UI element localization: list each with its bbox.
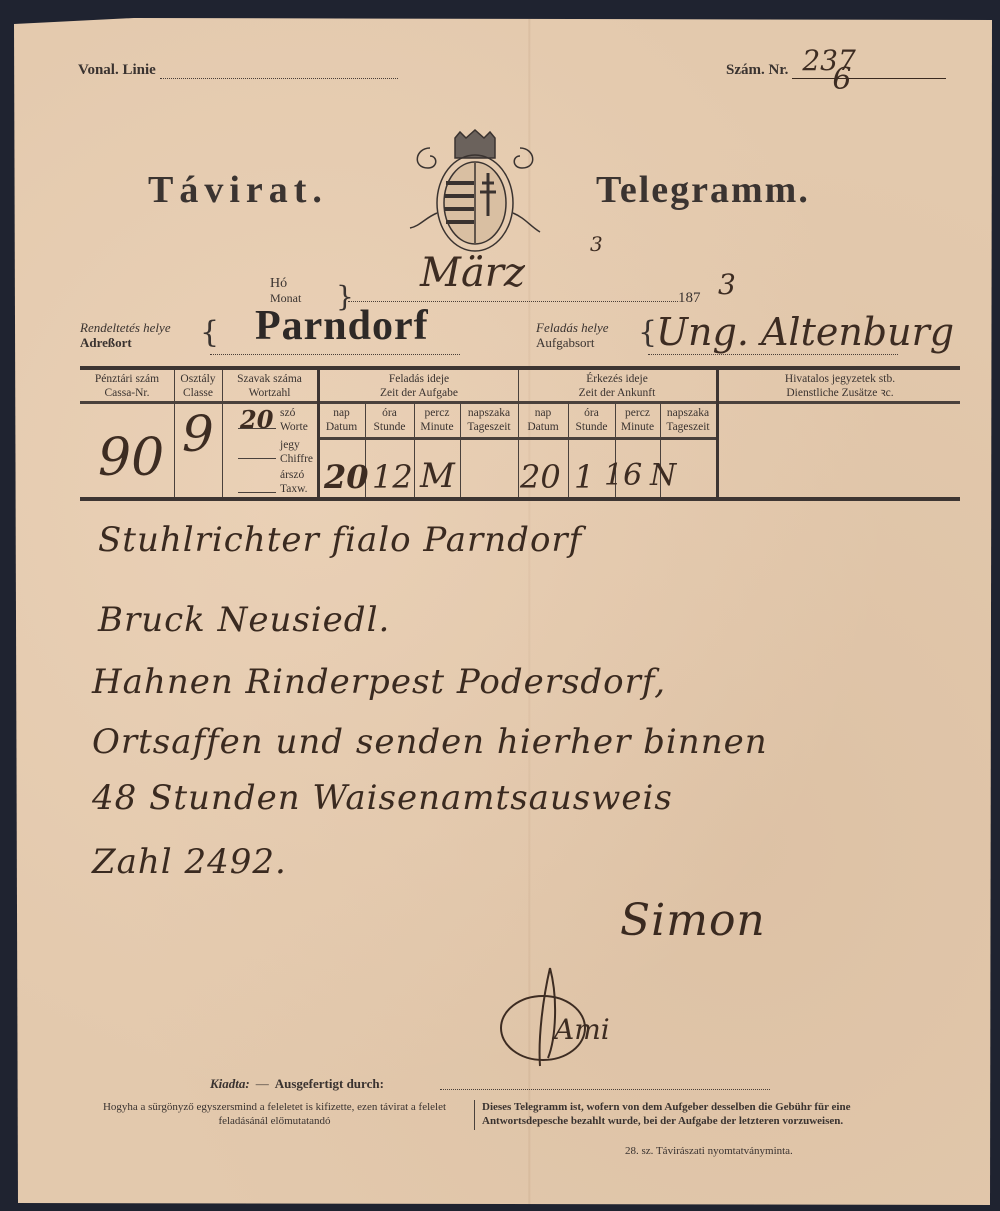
subheader-sent-hour: óraStunde (365, 406, 414, 434)
arrival-hour-value: 1 (574, 458, 594, 496)
word-row-cipher: jegyChiffre (280, 438, 316, 466)
header-sent-de: Zeit der Aufgabe (320, 386, 518, 400)
destination-label-hu: Rendeltetés helye (80, 320, 171, 335)
signature-simon: Simon (620, 895, 766, 946)
footer-note-de: Dieses Telegramm ist, wofern von dem Auf… (482, 1100, 902, 1128)
header-words-de: Wortzahl (222, 386, 317, 400)
line-label: Vonal. Linie (78, 62, 156, 79)
header-notes-hu: Hivatalos jegyzetek stb. (720, 372, 960, 386)
footer-note-hu: Hogyha a sürgönyző egyszersmind a felele… (82, 1100, 467, 1128)
form-number: 28. sz. Távirászati nyomtatványminta. (625, 1145, 793, 1157)
destination-brace: { (200, 315, 219, 350)
sent-daytime-value: M (420, 456, 455, 496)
subheader-de: Stunde (365, 420, 414, 434)
title-hungarian: Távirat. (148, 168, 328, 212)
header-cash: Pénztári szám Cassa-Nr. (80, 372, 174, 400)
header-class-hu: Osztály (174, 372, 222, 386)
month-value: März (420, 250, 525, 296)
subheader-de: Datum (318, 420, 365, 434)
hungarian-coat-of-arms-icon (400, 128, 550, 268)
second-signature: Ami (488, 958, 638, 1068)
word-row-de: Chiffre (280, 452, 316, 466)
line-field: Vonal. Linie (78, 62, 398, 79)
subheader-de: Stunde (568, 420, 615, 434)
word-row-de: Taxw. (280, 482, 316, 496)
message-line-2: Bruck Neusiedl. (98, 600, 390, 640)
subheader-sent-day: napDatum (318, 406, 365, 434)
origin-label-hu: Feladás helye (536, 320, 609, 335)
subheader-de: Minute (414, 420, 460, 434)
year-prefix: 187 (678, 290, 701, 307)
second-signature-text: Ami (554, 1013, 610, 1046)
sent-hour-value: 12 (372, 458, 413, 496)
subheader-sent-daytime: napszakaTageszeit (460, 406, 518, 434)
issued-label-de: Ausgefertigt durch: (275, 1076, 384, 1092)
message-line-5: 48 Stunden Waisenamtsausweis (92, 778, 673, 818)
header-words-hu: Szavak száma (222, 372, 317, 386)
origin-label-de: Aufgabsort (536, 335, 609, 350)
subheader-hu: napszaka (660, 406, 716, 420)
word-row-line (238, 492, 276, 493)
header-arrival-hu: Érkezés ideje (518, 372, 716, 386)
header-cash-hu: Pénztári szám (80, 372, 174, 386)
message-line-4: Ortsaffen und senden hierher binnen (92, 722, 768, 762)
word-row-words: szóWorte (280, 406, 316, 434)
issued-input[interactable] (440, 1088, 770, 1090)
subheader-sent-minute: perczMinute (414, 406, 460, 434)
message-line-1: Stuhlrichter fialo Parndorf (98, 520, 582, 560)
class-value: 9 (182, 405, 214, 463)
origin-brace: { (638, 315, 657, 350)
word-row-de: Worte (280, 420, 316, 434)
header-class: Osztály Classe (174, 372, 222, 400)
subheader-de: Datum (518, 420, 568, 434)
subheader-hu: nap (318, 406, 365, 420)
word-row-tax: árszóTaxw. (280, 468, 316, 496)
month-label-hu: Hó (270, 277, 301, 291)
month-labels: Hó Monat (270, 277, 301, 305)
header-sent-hu: Feladás ideje (320, 372, 518, 386)
word-count-value: 20 (240, 405, 273, 434)
subheader-hu: napszaka (460, 406, 518, 420)
issued-field: Kiadta: — Ausgefertigt durch: (210, 1076, 384, 1092)
header-arrival-de: Zeit der Ankunft (518, 386, 716, 400)
subheader-hu: óra (568, 406, 615, 420)
destination-value: Parndorf (255, 302, 429, 350)
header-class-de: Classe (174, 386, 222, 400)
title-german: Telegramm. (596, 168, 810, 212)
arrival-minute-value: 16 (604, 458, 642, 493)
table-header-rule (80, 401, 960, 404)
number-overwrite: 6 (832, 62, 851, 97)
word-row-hu: árszó (280, 468, 316, 482)
subheader-hu: percz (414, 406, 460, 420)
header-sent: Feladás ideje Zeit der Aufgabe (320, 372, 518, 400)
subheader-hu: óra (365, 406, 414, 420)
destination-label-de: Adreßort (80, 335, 171, 350)
subheader-arrival-minute: perczMinute (615, 406, 660, 434)
message-line-6: Zahl 2492. (92, 842, 287, 882)
issued-separator: — (256, 1076, 269, 1092)
number-field: Szám. Nr. 237 6 (726, 62, 946, 79)
header-notes: Hivatalos jegyzetek stb. Dienstliche Zus… (720, 372, 960, 400)
subheader-de: Minute (615, 420, 660, 434)
arrival-day-value: 20 (520, 458, 561, 496)
header-arrival: Érkezés ideje Zeit der Ankunft (518, 372, 716, 400)
destination-input[interactable] (210, 353, 460, 355)
message-line-3: Hahnen Rinderpest Podersdorf, (92, 662, 666, 702)
origin-labels: Feladás helye Aufgabsort (536, 320, 609, 350)
word-row-line (238, 458, 276, 459)
arrival-daytime-value: N (650, 458, 676, 493)
subheader-arrival-hour: óraStunde (568, 406, 615, 434)
subheader-arrival-daytime: napszakaTageszeit (660, 406, 716, 434)
word-row-hu: jegy (280, 438, 316, 452)
subheader-arrival-day: napDatum (518, 406, 568, 434)
number-input[interactable]: 237 6 (792, 66, 946, 79)
day-value: 3 (590, 232, 603, 256)
word-row-hu: szó (280, 406, 316, 420)
header-cash-de: Cassa-Nr. (80, 386, 174, 400)
subheader-de: Tageszeit (460, 420, 518, 434)
number-label: Szám. Nr. (726, 62, 788, 79)
cash-number-value: 90 (98, 428, 164, 488)
table-top-rule (80, 366, 960, 370)
year-suffix: 3 (718, 268, 736, 301)
destination-labels: Rendeltetés helye Adreßort (80, 320, 171, 350)
sent-day-value: 20 (324, 458, 369, 496)
origin-value: Ung. Altenburg (656, 310, 954, 354)
table-divider (716, 370, 719, 497)
header-words: Szavak száma Wortzahl (222, 372, 317, 400)
subheader-de: Tageszeit (660, 420, 716, 434)
table-bottom-rule (80, 497, 960, 501)
subheader-hu: percz (615, 406, 660, 420)
issued-label-hu: Kiadta: (210, 1076, 250, 1092)
line-input[interactable] (160, 66, 398, 79)
header-notes-de: Dienstliche Zusätze ꝛc. (720, 386, 960, 400)
subheader-hu: nap (518, 406, 568, 420)
footer-divider (474, 1100, 475, 1130)
